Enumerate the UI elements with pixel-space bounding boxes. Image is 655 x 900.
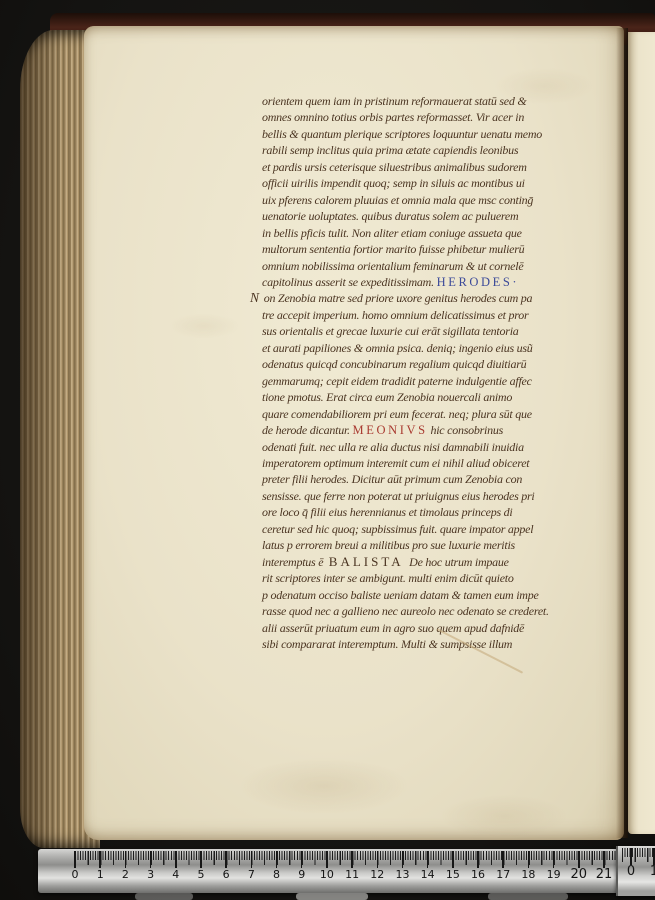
manuscript-line: gemmarumq; cepit eidem tradidit paterne … xyxy=(262,373,562,389)
text-segment: alii asserūt priuatum eum in agro suo qu… xyxy=(262,621,524,635)
ruler-cm-label: 6 xyxy=(223,868,230,881)
ruler-cm-label: 14 xyxy=(421,868,435,881)
manuscript-line: imperatorem optimum interemit cum ei nih… xyxy=(262,455,562,471)
manuscript-line: latus p errorem breui a militibus pro su… xyxy=(262,537,562,553)
text-segment: interemptus ē xyxy=(262,555,329,569)
manuscript-line: officii uirilis impendit quoq; semp in s… xyxy=(262,175,562,191)
text-segment: uix pferens calorem pluuias et omnia mal… xyxy=(262,193,533,207)
manuscript-line: preter filii herodes. Dicitur aūt primum… xyxy=(262,471,562,487)
manuscript-line: sus orientalis et grecae luxurie cui erā… xyxy=(262,323,562,339)
text-segment: odenatus quicqd concubinarum regalium qu… xyxy=(262,357,526,371)
manuscript-line: rit scriptores inter se ambigunt. multi … xyxy=(262,570,562,586)
text-segment: imperatorem optimum interemit cum ei nih… xyxy=(262,456,529,470)
text-segment: rasse quod nec a gallieno nec aureolo ne… xyxy=(262,604,549,618)
manuscript-line: omnes omnino totius orbis partes reforma… xyxy=(262,109,562,125)
manuscript-line: in bellis pficis tulit. Non aliter etiam… xyxy=(262,225,562,241)
rubric-caps-word: BALISTA xyxy=(329,554,404,569)
manuscript-line: sensisse. que ferre non poterat ut priui… xyxy=(262,488,562,504)
ruler-halfcm-ticks xyxy=(75,851,618,865)
text-segment: rit scriptores inter se ambigunt. multi … xyxy=(262,571,514,585)
ruler-cm-label: 19 xyxy=(547,868,561,881)
text-segment: tione pmotus. Erat circa eum Zenobia nou… xyxy=(262,390,512,404)
ruler-cm-label: 1 xyxy=(97,868,104,881)
text-segment: preter filii herodes. Dicitur aūt primum… xyxy=(262,472,522,486)
ruler-cm-label: 2 xyxy=(122,868,129,881)
manuscript-line: odenati fuit. nec ulla re alia ductus ni… xyxy=(262,439,562,455)
manuscript-line: omnium nobilissima orientalium feminarum… xyxy=(262,258,562,274)
ruler-cm-label: 12 xyxy=(370,868,384,881)
manuscript-line: rabili semp inclitus quia prima ætate ca… xyxy=(262,142,562,158)
text-segment: uenatorie uoluptates. quibus duratus sol… xyxy=(262,209,518,223)
text-segment: orientem quem iam in pristinum reformaue… xyxy=(262,94,526,108)
manuscript-line: bellis & quantum plerique scriptores loq… xyxy=(262,126,562,142)
ruler-reflection xyxy=(296,893,368,900)
ruler-cm-label: 21 xyxy=(596,867,613,882)
ruler-cm-label: 15 xyxy=(446,868,460,881)
text-segment: sensisse. que ferre non poterat ut priui… xyxy=(262,489,535,503)
text-segment: de herode dicantur. xyxy=(262,423,353,437)
corner-ruler-halfcm-ticks xyxy=(622,848,655,862)
ruler-cm-label: 13 xyxy=(395,868,409,881)
manuscript-line: et pardis ursis ceterisque siluestribus … xyxy=(262,159,562,175)
ruler-reflection xyxy=(135,893,193,900)
text-segment: gemmarumq; cepit eidem tradidit paterne … xyxy=(262,374,532,388)
ruler: 0123456789101112131415161718192021 xyxy=(38,849,618,893)
marginal-initial: N xyxy=(250,290,259,306)
rubric-blue-word: HERODES· xyxy=(437,275,520,289)
text-segment: latus p errorem breui a militibus pro su… xyxy=(262,538,515,552)
text-segment: bellis & quantum plerique scriptores loq… xyxy=(262,127,542,141)
text-segment: capitolinus asserit se expeditissimam. xyxy=(262,275,437,289)
ruler-reflection xyxy=(488,893,568,900)
corner-ruler-cm-label: 0 xyxy=(627,864,635,879)
manuscript-line: odenatus quicqd concubinarum regalium qu… xyxy=(262,356,562,372)
ruler-cm-label: 18 xyxy=(521,868,535,881)
text-segment: tre accepit imperium. homo omnium delica… xyxy=(262,308,528,322)
ruler-cm-label: 3 xyxy=(147,868,154,881)
ruler-cm-label: 9 xyxy=(298,868,305,881)
text-segment: et aurati papiliones & omnia psica. deni… xyxy=(262,341,533,355)
text-block: orientem quem iam in pristinum reformaue… xyxy=(262,93,562,652)
text-segment: sus orientalis et grecae luxurie cui erā… xyxy=(262,324,519,338)
manuscript-line: alii asserūt priuatum eum in agro suo qu… xyxy=(262,620,562,636)
text-segment: rabili semp inclitus quia prima ætate ca… xyxy=(262,143,518,157)
text-segment: ore loco q̄ filii eius herennianus et ti… xyxy=(262,505,513,519)
text-segment: et pardis ursis ceterisque siluestribus … xyxy=(262,160,527,174)
ruler-cm-label: 10 xyxy=(320,868,334,881)
ruler-cm-label: 20 xyxy=(571,867,588,882)
ruler-cm-label: 0 xyxy=(72,868,79,881)
manuscript-line: tione pmotus. Erat circa eum Zenobia nou… xyxy=(262,389,562,405)
manuscript-line: multorum sententia fortior marito fuisse… xyxy=(262,241,562,257)
text-segment: in bellis pficis tulit. Non aliter etiam… xyxy=(262,226,522,240)
text-segment: p odenatum occiso baliste ueniam datam &… xyxy=(262,588,539,602)
ruler-cm-label: 4 xyxy=(172,868,179,881)
manuscript-line: capitolinus asserit se expeditissimam. H… xyxy=(262,274,562,290)
manuscript-line: ore loco q̄ filii eius herennianus et ti… xyxy=(262,504,562,520)
text-segment: on Zenobia matre sed priore uxore genitu… xyxy=(264,291,533,305)
ruler-cm-label: 8 xyxy=(273,868,280,881)
manuscript-line: p odenatum occiso baliste ueniam datam &… xyxy=(262,587,562,603)
book-gutter-fold xyxy=(616,28,628,838)
ruler-cm-label: 11 xyxy=(345,868,359,881)
text-segment: hic consobrinus xyxy=(428,423,503,437)
manuscript-line: interemptus ē BALISTA De hoc utrum impau… xyxy=(262,554,562,570)
manuscript-line: ceretur sed hic quoq; supbissimus fuit. … xyxy=(262,521,562,537)
rubric-red-word: MEONIVS xyxy=(353,423,428,437)
text-segment: omnium nobilissima orientalium feminarum… xyxy=(262,259,523,273)
manuscript-line: de herode dicantur. MEONIVS hic consobri… xyxy=(262,422,562,438)
manuscript-photo: orientem quem iam in pristinum reformaue… xyxy=(0,0,655,900)
text-segment: officii uirilis impendit quoq; semp in s… xyxy=(262,176,525,190)
corner-ruler-cm-label: 1 xyxy=(650,864,655,879)
text-segment: De hoc utrum impaue xyxy=(404,555,509,569)
corner-ruler: 01 xyxy=(616,846,655,896)
manuscript-line: Non Zenobia matre sed priore uxore genit… xyxy=(262,290,562,306)
text-segment: ceretur sed hic quoq; supbissimus fuit. … xyxy=(262,522,533,536)
ruler-cm-label: 7 xyxy=(248,868,255,881)
text-segment: omnes omnino totius orbis partes reforma… xyxy=(262,110,524,124)
ruler-cm-label: 16 xyxy=(471,868,485,881)
text-segment: odenati fuit. nec ulla re alia ductus ni… xyxy=(262,440,524,454)
manuscript-line: quare comendabiliorem pri eum fecerat. n… xyxy=(262,406,562,422)
manuscript-line: sibi compararat interemptum. Multi & sum… xyxy=(262,636,562,652)
ruler-cm-label: 17 xyxy=(496,868,510,881)
text-segment: quare comendabiliorem pri eum fecerat. n… xyxy=(262,407,532,421)
manuscript-line: et aurati papiliones & omnia psica. deni… xyxy=(262,340,562,356)
manuscript-line: tre accepit imperium. homo omnium delica… xyxy=(262,307,562,323)
manuscript-line: orientem quem iam in pristinum reformaue… xyxy=(262,93,562,109)
text-segment: multorum sententia fortior marito fuisse… xyxy=(262,242,524,256)
facing-page-sliver xyxy=(628,32,655,834)
manuscript-line: uix pferens calorem pluuias et omnia mal… xyxy=(262,192,562,208)
ruler-cm-label: 5 xyxy=(197,868,204,881)
manuscript-line: rasse quod nec a gallieno nec aureolo ne… xyxy=(262,603,562,619)
manuscript-line: uenatorie uoluptates. quibus duratus sol… xyxy=(262,208,562,224)
